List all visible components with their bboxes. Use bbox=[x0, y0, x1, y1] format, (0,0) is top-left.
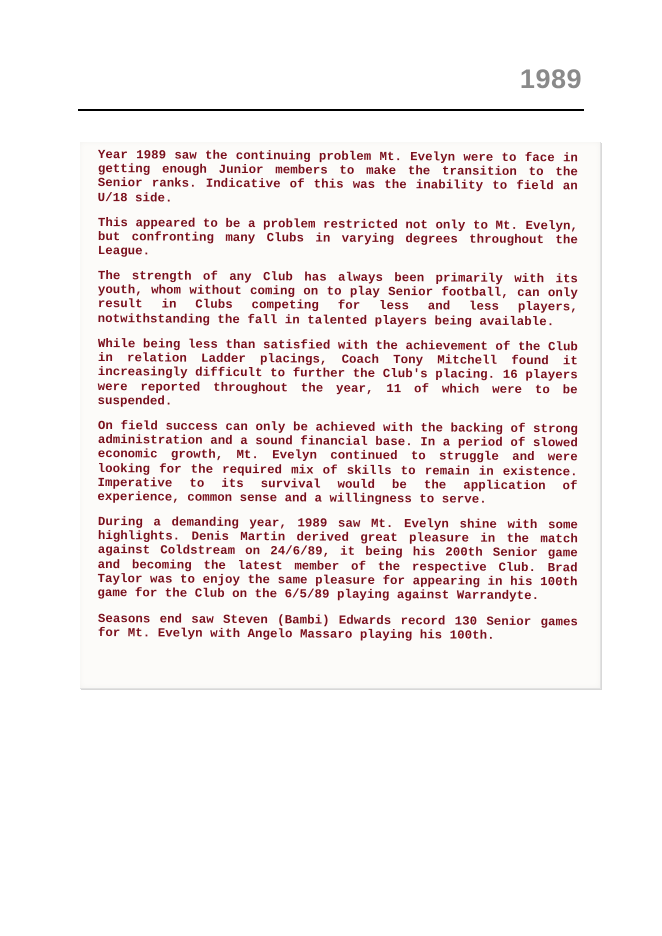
paragraph-highlights: During a demanding year, 1989 saw Mt. Ev… bbox=[97, 515, 578, 604]
paragraph-junior-transition: Year 1989 saw the continuing problem Mt.… bbox=[98, 148, 578, 208]
paragraph-league-problem: This appeared to be a problem restricted… bbox=[98, 216, 578, 262]
paragraph-coach-placings: While being less than satisfied with the… bbox=[98, 337, 578, 411]
paragraph-club-strength: The strength of any Club has always been… bbox=[98, 269, 578, 329]
heading-rule bbox=[78, 109, 584, 111]
page-heading: 1989 bbox=[520, 66, 582, 93]
scan-body: Year 1989 saw the continuing problem Mt.… bbox=[98, 148, 578, 651]
paragraph-seasons-end: Seasons end saw Steven (Bambi) Edwards r… bbox=[98, 612, 578, 644]
paragraph-administration: On field success can only be achieved wi… bbox=[97, 419, 578, 508]
scanned-typescript: Year 1989 saw the continuing problem Mt.… bbox=[80, 142, 601, 689]
